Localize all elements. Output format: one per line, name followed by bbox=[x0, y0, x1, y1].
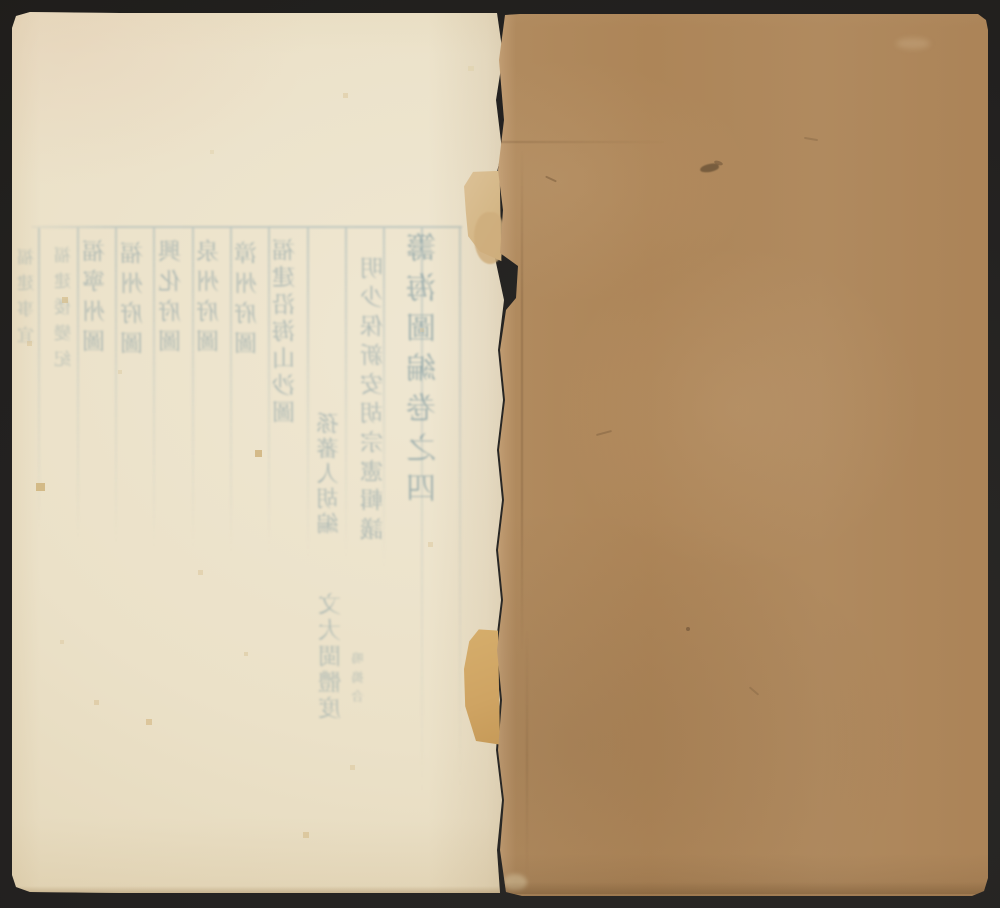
showthrough-column-toc: 福建事宜 bbox=[20, 248, 37, 352]
showthrough-column-editor: 孫蕃人胡編 bbox=[319, 412, 341, 537]
foxing-spot bbox=[350, 765, 355, 770]
showthrough-rule-line bbox=[153, 228, 155, 548]
showthrough-rule-line bbox=[268, 228, 270, 553]
showthrough-column-toc: 漳州府圖 bbox=[237, 241, 260, 361]
showthrough-rule-line bbox=[307, 228, 309, 558]
foxing-spot bbox=[27, 341, 32, 346]
showthrough-column-toc: 福州府圖 bbox=[123, 241, 146, 361]
book-scan: 籌海圖編卷之四 明少保新安胡宗憲輯議 孫蕃人胡編 福建沿海山沙圖 漳州府圖 泉州… bbox=[0, 0, 1000, 908]
foxing-spot bbox=[210, 150, 214, 154]
showthrough-column-toc: 興化府圖 bbox=[161, 239, 184, 359]
foxing-spot bbox=[468, 66, 474, 71]
showthrough-column-toc: 福建沿海山沙圖 bbox=[275, 238, 298, 427]
showthrough-rule-line bbox=[345, 228, 347, 558]
showthrough-column-toc: 福建倭變紀 bbox=[57, 246, 74, 376]
foxing-spot bbox=[94, 700, 99, 705]
paper-fiber bbox=[545, 176, 557, 183]
foxing-spot bbox=[420, 328, 424, 332]
foxing-spot bbox=[255, 450, 262, 457]
foxing-spot bbox=[343, 93, 348, 98]
paper-fiber bbox=[804, 137, 818, 141]
showthrough-frame-line bbox=[32, 226, 462, 228]
showthrough-column-toc: 泉州府圖 bbox=[199, 239, 222, 359]
gutter-shadow bbox=[428, 0, 506, 908]
foxing-spot bbox=[146, 719, 152, 725]
showthrough-column-lower: 鳴搗合 bbox=[352, 652, 364, 709]
crease-line bbox=[521, 150, 523, 650]
ink-fleck bbox=[686, 627, 690, 631]
crease-line bbox=[500, 141, 665, 143]
foxing-spot bbox=[198, 570, 203, 575]
crease-line bbox=[526, 630, 528, 880]
showthrough-rule-line bbox=[77, 228, 79, 538]
showthrough-rule-line bbox=[115, 228, 117, 543]
foxing-spot bbox=[60, 640, 64, 644]
foxing-spot bbox=[244, 652, 248, 656]
foxing-spot bbox=[428, 542, 433, 547]
showthrough-column-author: 明少保新安胡宗憲輯議 bbox=[363, 256, 386, 546]
page-stack-edge bbox=[500, 882, 988, 894]
showthrough-column-lower: 文大閩體度 bbox=[321, 592, 344, 722]
showthrough-rule-line bbox=[192, 228, 194, 548]
paper-scuff bbox=[896, 38, 930, 49]
page-bottom-edge-shadow bbox=[12, 886, 502, 893]
foxing-spot bbox=[36, 483, 45, 491]
showthrough-column-toc: 福寧州圖 bbox=[85, 239, 108, 359]
foxing-spot bbox=[118, 370, 122, 374]
showthrough-rule-line bbox=[230, 228, 232, 553]
foxing-spot bbox=[303, 832, 309, 838]
tape-residue-top-blob bbox=[474, 212, 504, 264]
paper-sheen bbox=[540, 200, 980, 720]
foxing-spot bbox=[62, 297, 68, 303]
